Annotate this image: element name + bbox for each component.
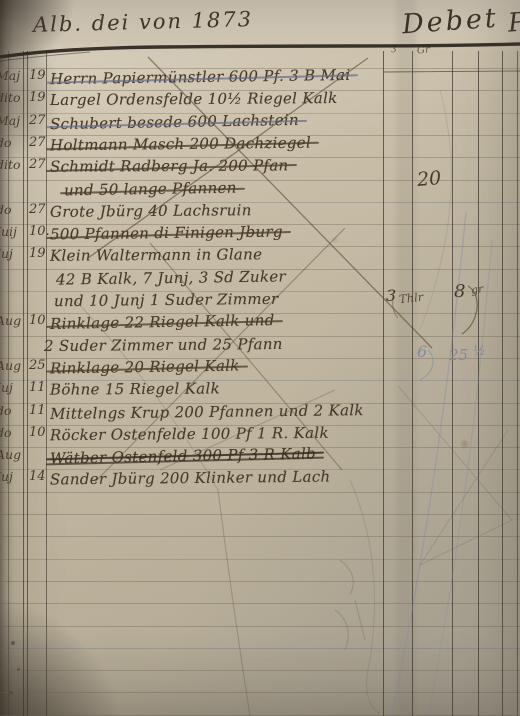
entry-text: Grote Jbürg 40 Lachsruin [50,201,252,221]
entry-text: Sander Jbürg 200 Klinker und Lach [50,468,331,489]
entry-month: Juj [0,246,23,261]
entry-text: Böhne 15 Riegel Kalk [50,380,220,399]
ruled-line [0,514,520,515]
ledger-row: do27Grote Jbürg 40 Lachsruin [0,202,520,224]
entry-month: dito [0,90,23,105]
entry-day: 19 [29,246,46,261]
ledger-row: Juj14Sander Jbürg 200 Klinker und Lach [0,469,520,491]
amount-row13-num2: 25 [449,346,468,364]
ruled-line [0,692,520,693]
entry-day: 10 [29,425,46,440]
entry-day: 19 [29,68,46,83]
entry-month: Aug [0,358,23,373]
entry-month: Aug [0,447,23,462]
page-title-partial-letter: P [507,7,520,38]
ruled-line [0,626,520,627]
ruled-line [0,536,520,537]
entry-month: Juj [0,469,23,484]
amount-row13-frac: ½ [473,344,486,359]
ledger-row: und 50 lange Pfannen [0,180,520,202]
ruled-line [0,559,520,560]
entry-day: 19 [29,90,46,105]
ruled-line [0,670,520,671]
entry-day: 10. [29,224,46,239]
ledger-row: Juj11Böhne 15 Riegel Kalk [0,380,520,402]
entry-month: Aug [0,313,23,328]
ruled-line [0,492,520,493]
entry-text: Largel Ordensfelde 10½ Riegel Kalk [50,89,338,109]
page-title-left: Alb. dei von 1873 [33,7,254,37]
ledger-row: Juij10.500 Pfannen di Finigen Jburg [0,224,520,246]
amount-row10-num1: 3 [386,286,396,305]
entry-month: Maj [0,113,23,128]
amount-row10-word: Thlr [398,290,424,306]
entry-day: 14 [29,469,46,484]
entry-month: do [0,135,23,150]
entry-month: do [0,403,23,418]
entry-month: dito [0,157,23,172]
ledger-row: Maj19Herrn Papiermünstler 600 Pf. 3 B Ma… [0,68,520,90]
entry-day: 11 [29,380,46,395]
amount-row13-num1: 6 [417,342,427,361]
entry-month: do [0,202,23,217]
amount-20: 20 [416,167,442,191]
entry-day: 27 [29,135,46,150]
entry-text: 42 B Kalk, 7 Junj, 3 Sd Zuker [56,267,286,288]
paper-speck [11,641,15,645]
ledger-row: Maj27Schubert besede 600 Lachstein [0,113,520,135]
ledger-row: Juj19Klein Waltermann in Glane [0,246,520,268]
entry-month: Juj [0,380,23,395]
entry-day: 10 [29,313,46,328]
amount-col-header-2: Gr [416,44,430,56]
ledger-row: do11Mittelngs Krup 200 Pfannen und 2 Kal… [0,403,520,425]
ledger-row: dito19Largel Ordensfelde 10½ Riegel Kalk [0,90,520,112]
amount-row10-num2: 8 [454,281,465,302]
ledger-row: 42 B Kalk, 7 Junj, 3 Sd Zuker [0,269,520,291]
entry-day: 25 [29,358,46,373]
ledger-row: Aug25Rinklage 20 Riegel Kalk [0,358,520,380]
amount-col-header-1: 3 [390,45,397,56]
entry-day: 27 [29,202,46,217]
entry-day: 27 [29,157,46,172]
ledger-page: Alb. dei von 1873 Debet P 3 Gr Maj19Herr… [0,0,520,716]
ruled-line [0,648,520,649]
entry-text: und 10 Junj 1 Suder Zimmer [54,290,279,310]
page-title-debet: Debet [401,3,500,41]
header-rule-echo [0,52,90,61]
entry-month: Juij [0,224,23,239]
header-rule [0,44,520,57]
ledger-row: dito27Schmidt Radberg Ja. 200 Pfan [0,157,520,179]
ruled-line [0,603,520,604]
ledger-row: do10Röcker Ostenfelde 100 Pf 1 R. Kalk [0,425,520,447]
entry-text: 2 Suder Zimmer und 25 Pfann [44,335,283,355]
ruled-line [0,581,520,582]
entry-month: Maj [0,68,23,83]
ledger-row: 2 Suder Zimmer und 25 Pfann [0,336,520,358]
ledger-row: Aug10Rinklage 22 Riegel Kalk und [0,313,520,335]
amount-row10-suffix: gr [470,282,484,297]
entry-month: do [0,425,23,440]
entry-day: 11 [29,403,46,418]
entry-day: 27 [29,113,46,128]
ledger-row: und 10 Junj 1 Suder Zimmer [0,291,520,313]
entry-text: Mittelngs Krup 200 Pfannen und 2 Kalk [50,401,364,423]
ledger-row: do27Holtmann Masch 200 Dachziegel [0,135,520,157]
entry-text: Röcker Ostenfelde 100 Pf 1 R. Kalk [50,424,329,444]
ledger-row: AugWätber Ostenfeld 300 Pf 3 R Kalb [0,447,520,469]
entry-text: Klein Waltermann in Glane [50,246,262,265]
